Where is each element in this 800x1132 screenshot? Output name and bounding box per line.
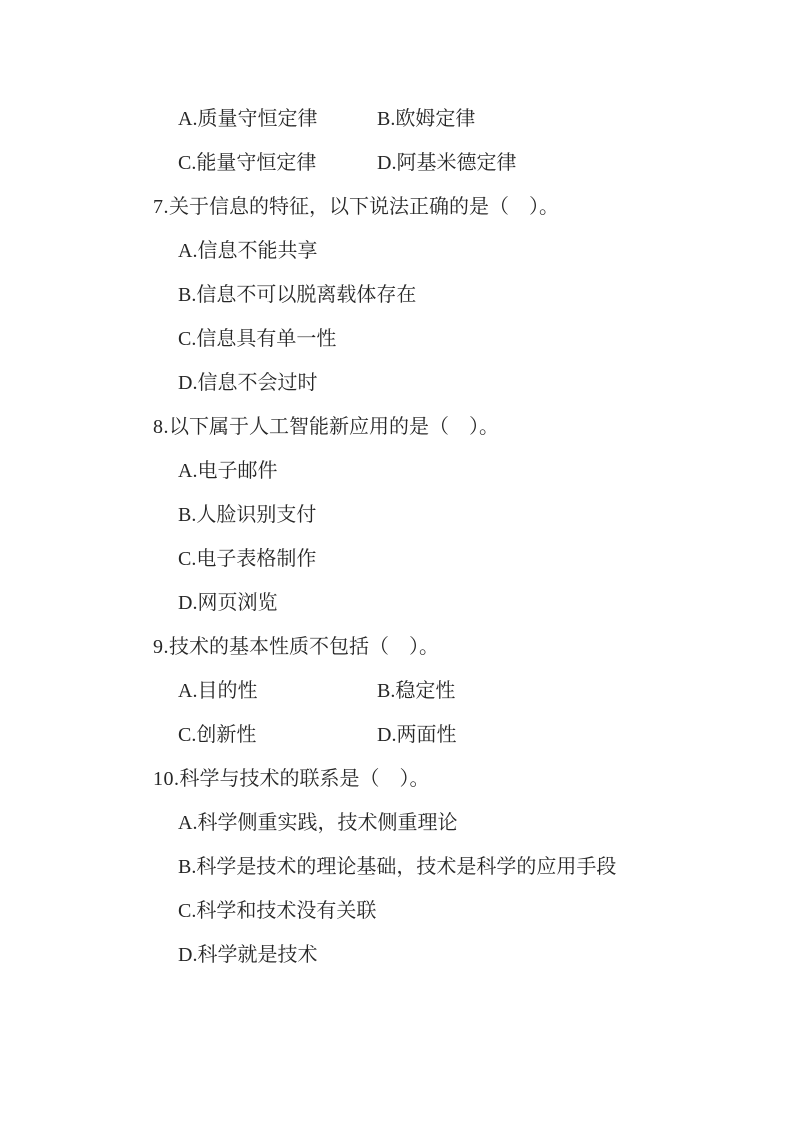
option-c: C.科学和技术没有关联 bbox=[153, 889, 760, 933]
option-row: A.目的性 B.稳定性 bbox=[153, 669, 760, 713]
option-b: B.欧姆定律 bbox=[377, 108, 475, 130]
question-stem: 7.关于信息的特征，以下说法正确的是（ ）。 bbox=[153, 185, 760, 229]
option-d: D.信息不会过时 bbox=[153, 361, 760, 405]
question-stem-text: 技术的基本性质不包括（ ）。 bbox=[169, 636, 439, 658]
option-a: A.电子邮件 bbox=[153, 449, 760, 493]
question-stem-text: 关于信息的特征，以下说法正确的是（ ）。 bbox=[169, 196, 559, 218]
question-stem: 8.以下属于人工智能新应用的是（ ）。 bbox=[153, 405, 760, 449]
question-9-block: 9.技术的基本性质不包括（ ）。 A.目的性 B.稳定性 C.创新性 D.两面性 bbox=[153, 625, 760, 757]
question-7-block: 7.关于信息的特征，以下说法正确的是（ ）。 A.信息不能共享 B.信息不可以脱… bbox=[153, 185, 760, 405]
option-b: B.稳定性 bbox=[377, 680, 455, 702]
option-c: C.电子表格制作 bbox=[153, 537, 760, 581]
option-c: C.能量守恒定律 bbox=[178, 141, 372, 185]
option-d: D.两面性 bbox=[377, 724, 456, 746]
option-c: C.创新性 bbox=[178, 713, 372, 757]
exam-document-page: A.质量守恒定律 B.欧姆定律 C.能量守恒定律 D.阿基米德定律 7.关于信息… bbox=[0, 0, 800, 1132]
option-a: A.科学侧重实践，技术侧重理论 bbox=[153, 801, 760, 845]
question-number: 8. bbox=[153, 416, 169, 438]
option-row: C.能量守恒定律 D.阿基米德定律 bbox=[153, 141, 760, 185]
question-stem-text: 科学与技术的联系是（ ）。 bbox=[180, 768, 430, 790]
question-number: 9. bbox=[153, 636, 169, 658]
question-number: 7. bbox=[153, 196, 169, 218]
option-a: A.质量守恒定律 bbox=[178, 97, 372, 141]
option-b: B.科学是技术的理论基础，技术是科学的应用手段 bbox=[153, 845, 760, 889]
option-row: A.质量守恒定律 B.欧姆定律 bbox=[153, 97, 760, 141]
question-stem: 9.技术的基本性质不包括（ ）。 bbox=[153, 625, 760, 669]
option-c: C.信息具有单一性 bbox=[153, 317, 760, 361]
option-a: A.信息不能共享 bbox=[153, 229, 760, 273]
option-d: D.网页浏览 bbox=[153, 581, 760, 625]
question-10-block: 10.科学与技术的联系是（ ）。 A.科学侧重实践，技术侧重理论 B.科学是技术… bbox=[153, 757, 760, 977]
option-row: C.创新性 D.两面性 bbox=[153, 713, 760, 757]
option-d: D.阿基米德定律 bbox=[377, 152, 516, 174]
option-a: A.目的性 bbox=[178, 669, 372, 713]
question-stem: 10.科学与技术的联系是（ ）。 bbox=[153, 757, 760, 801]
question-6-options-block: A.质量守恒定律 B.欧姆定律 C.能量守恒定律 D.阿基米德定律 bbox=[153, 97, 760, 185]
question-stem-text: 以下属于人工智能新应用的是（ ）。 bbox=[169, 416, 499, 438]
option-b: B.信息不可以脱离载体存在 bbox=[153, 273, 760, 317]
option-b: B.人脸识别支付 bbox=[153, 493, 760, 537]
option-d: D.科学就是技术 bbox=[153, 933, 760, 977]
question-8-block: 8.以下属于人工智能新应用的是（ ）。 A.电子邮件 B.人脸识别支付 C.电子… bbox=[153, 405, 760, 625]
question-number: 10. bbox=[153, 768, 180, 790]
